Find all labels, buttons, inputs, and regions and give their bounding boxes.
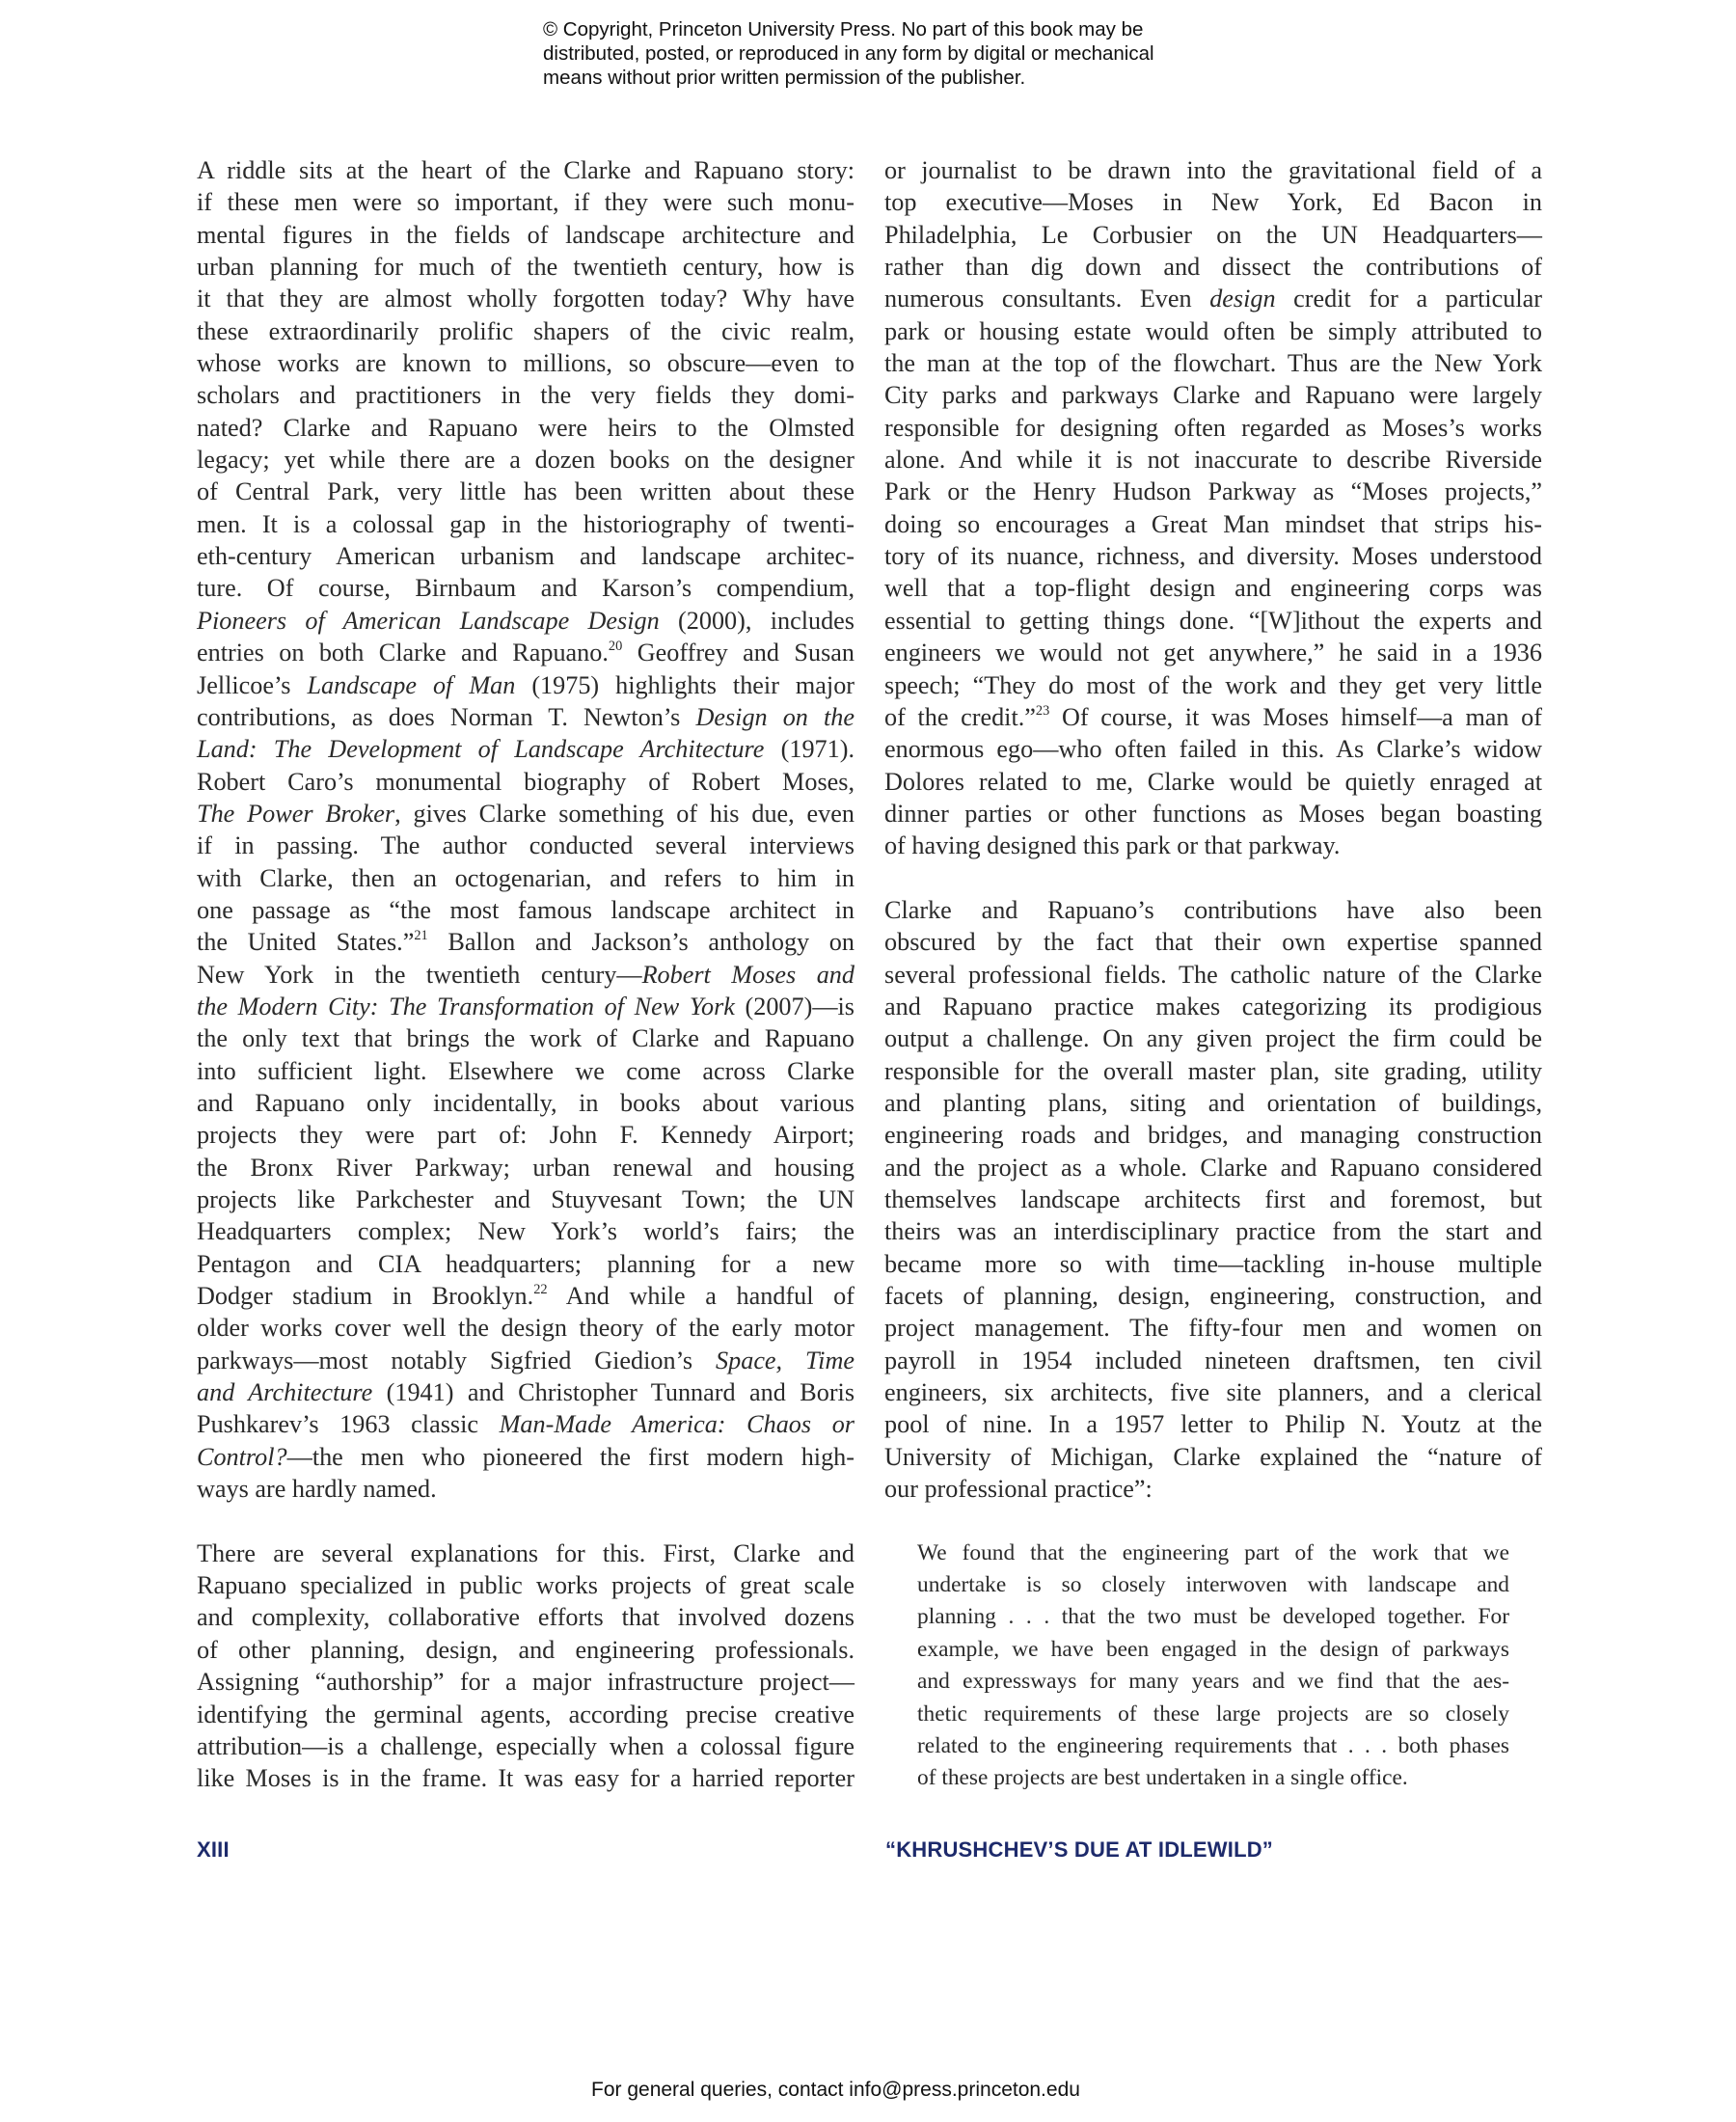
text-line: Dodger stadium in Brooklyn.22 And while … bbox=[197, 1280, 854, 1312]
text-line: and the project as a whole. Clarke and R… bbox=[884, 1152, 1542, 1183]
text-line: Rapuano specialized in public works proj… bbox=[197, 1569, 854, 1601]
text-line: ways are hardly named. bbox=[197, 1473, 854, 1505]
text-line: obscured by the fact that their own expe… bbox=[884, 926, 1542, 958]
italic-title: Land: The Development of Landscape Archi… bbox=[197, 735, 764, 763]
text-line: top executive—Moses in New York, Ed Baco… bbox=[884, 186, 1542, 218]
text-line: undertake is so closely interwoven with … bbox=[917, 1569, 1509, 1601]
text-line: contributions, as does Norman T. Newton’… bbox=[197, 701, 854, 733]
text-line: engineers we would not get anywhere,” he… bbox=[884, 637, 1542, 668]
copyright-line: distributed, posted, or reproduced in an… bbox=[543, 41, 1237, 66]
text-line: of other planning, design, and engineeri… bbox=[197, 1634, 854, 1666]
italic-title: The Power Broker bbox=[197, 800, 394, 828]
footnote-ref: 20 bbox=[609, 639, 622, 654]
text-line: and Architecture (1941) and Christopher … bbox=[197, 1376, 854, 1408]
text-line: several professional fields. The catholi… bbox=[884, 959, 1542, 991]
text-line: Philadelphia, Le Corbusier on the UN Hea… bbox=[884, 219, 1542, 251]
text-line: one passage as “the most famous landscap… bbox=[197, 894, 854, 926]
text-line: nated? Clarke and Rapuano were heirs to … bbox=[197, 412, 854, 444]
text-line: entries on both Clarke and Rapuano.20 Ge… bbox=[197, 637, 854, 668]
text-line: scholars and practitioners in the very f… bbox=[197, 379, 854, 411]
text-line: payroll in 1954 included nineteen drafts… bbox=[884, 1345, 1542, 1376]
text-line: Jellicoe’s Landscape of Man (1975) highl… bbox=[197, 669, 854, 701]
italic-title: design bbox=[1209, 285, 1275, 313]
text-line: pool of nine. In a 1957 letter to Philip… bbox=[884, 1408, 1542, 1440]
copyright-notice: © Copyright, Princeton University Press.… bbox=[543, 17, 1237, 90]
text-line: project management. The fifty-four men a… bbox=[884, 1312, 1542, 1344]
text-line: well that a top-flight design and engine… bbox=[884, 572, 1542, 604]
text-line: numerous consultants. Even design credit… bbox=[884, 283, 1542, 314]
text-line: University of Michigan, Clarke explained… bbox=[884, 1441, 1542, 1473]
text-line: and Rapuano practice makes categorizing … bbox=[884, 991, 1542, 1022]
text-line: eth-century American urbanism and landsc… bbox=[197, 540, 854, 572]
text-line: We found that the engineering part of th… bbox=[917, 1537, 1509, 1569]
text-line: themselves landscape architects first an… bbox=[884, 1183, 1542, 1215]
text-line: Pioneers of American Landscape Design (2… bbox=[197, 605, 854, 637]
italic-title: Space, Time bbox=[716, 1347, 854, 1374]
text-line: identifying the germinal agents, accordi… bbox=[197, 1699, 854, 1730]
body-paragraph: There are several explanations for this.… bbox=[197, 1537, 854, 1795]
text-line: of having designed this park or that par… bbox=[884, 830, 1542, 861]
text-line: engineers, six architects, five site pla… bbox=[884, 1376, 1542, 1408]
copyright-line: means without prior written permission o… bbox=[543, 66, 1237, 90]
text-line: parkways—most notably Sigfried Giedion’s… bbox=[197, 1345, 854, 1376]
text-line: the Bronx River Parkway; urban renewal a… bbox=[197, 1152, 854, 1183]
text-line: Pushkarev’s 1963 classic Man-Made Americ… bbox=[197, 1408, 854, 1440]
text-line: theirs was an interdisciplinary practice… bbox=[884, 1215, 1542, 1247]
italic-title: Robert Moses and bbox=[642, 961, 854, 989]
text-line: related to the engineering requirements … bbox=[917, 1730, 1509, 1762]
text-line: Clarke and Rapuano’s contributions have … bbox=[884, 894, 1542, 926]
text-line: Control?—the men who pioneered the first… bbox=[197, 1441, 854, 1473]
footnote-ref: 22 bbox=[533, 1282, 547, 1297]
text-line: output a challenge. On any given project… bbox=[884, 1022, 1542, 1054]
italic-title: Landscape of Man bbox=[307, 671, 515, 699]
text-line: projects they were part of: John F. Kenn… bbox=[197, 1119, 854, 1151]
text-line: these extraordinarily prolific shapers o… bbox=[197, 315, 854, 347]
text-line: it that they are almost wholly forgotten… bbox=[197, 283, 854, 314]
text-line: New York in the twentieth century—Robert… bbox=[197, 959, 854, 991]
footnote-ref: 23 bbox=[1036, 703, 1049, 719]
text-line: and Rapuano only incidentally, in books … bbox=[197, 1087, 854, 1119]
text-line: responsible for designing often regarded… bbox=[884, 412, 1542, 444]
text-line: doing so encourages a Great Man mindset … bbox=[884, 508, 1542, 540]
text-line: urban planning for much of the twentieth… bbox=[197, 251, 854, 283]
text-line: A riddle sits at the heart of the Clarke… bbox=[197, 154, 854, 186]
text-line: speech; “They do most of the work and th… bbox=[884, 669, 1542, 701]
text-line: the only text that brings the work of Cl… bbox=[197, 1022, 854, 1054]
text-line: rather than dig down and dissect the con… bbox=[884, 251, 1542, 283]
text-line: responsible for the overall master plan,… bbox=[884, 1055, 1542, 1087]
text-line: tory of its nuance, richness, and divers… bbox=[884, 540, 1542, 572]
contact-notice: For general queries, contact info@press.… bbox=[591, 2079, 1170, 2102]
text-line: and expressways for many years and we fi… bbox=[917, 1666, 1509, 1698]
text-line: legacy; yet while there are a dozen book… bbox=[197, 444, 854, 476]
running-head: “KHRUSHCHEV’S DUE AT IDLEWILD” bbox=[885, 1837, 1273, 1863]
text-line: attribution—is a challenge, especially w… bbox=[197, 1730, 854, 1762]
text-line: thetic requirements of these large proje… bbox=[917, 1699, 1509, 1730]
text-line: if these men were so important, if they … bbox=[197, 186, 854, 218]
italic-title: Design on the bbox=[695, 703, 854, 731]
text-line: example, we have been engaged in the des… bbox=[917, 1634, 1509, 1666]
text-line: of the credit.”23 Of course, it was Mose… bbox=[884, 701, 1542, 733]
text-line: of these projects are best undertaken in… bbox=[917, 1762, 1509, 1794]
left-column: A riddle sits at the heart of the Clarke… bbox=[197, 154, 854, 1795]
text-line: engineering roads and bridges, and manag… bbox=[884, 1119, 1542, 1151]
text-line: facets of planning, design, engineering,… bbox=[884, 1280, 1542, 1312]
italic-title: and Architecture bbox=[197, 1378, 372, 1406]
text-line: There are several explanations for this.… bbox=[197, 1537, 854, 1569]
text-line: the United States.”21 Ballon and Jackson… bbox=[197, 926, 854, 958]
body-paragraph: or journalist to be drawn into the gravi… bbox=[884, 154, 1542, 862]
text-line: the man at the top of the flowchart. Thu… bbox=[884, 347, 1542, 379]
text-line: enormous ego—who often failed in this. A… bbox=[884, 733, 1542, 765]
text-line: City parks and parkways Clarke and Rapua… bbox=[884, 379, 1542, 411]
text-line: Assigning “authorship” for a major infra… bbox=[197, 1666, 854, 1698]
text-line: ture. Of course, Birnbaum and Karson’s c… bbox=[197, 572, 854, 604]
text-line: Dolores related to me, Clarke would be q… bbox=[884, 766, 1542, 798]
text-line: Headquarters complex; New York’s world’s… bbox=[197, 1215, 854, 1247]
italic-title: Man-Made America: Chaos or bbox=[500, 1410, 854, 1438]
text-line: men. It is a colossal gap in the histori… bbox=[197, 508, 854, 540]
italic-title: the Modern City: The Transformation of N… bbox=[197, 993, 735, 1020]
text-line: like Moses is in the frame. It was easy … bbox=[197, 1762, 854, 1794]
body-paragraph: Clarke and Rapuano’s contributions have … bbox=[884, 894, 1542, 1506]
italic-title: Control? bbox=[197, 1443, 287, 1471]
copyright-line: © Copyright, Princeton University Press.… bbox=[543, 17, 1237, 41]
text-line: Park or the Henry Hudson Parkway as “Mos… bbox=[884, 476, 1542, 507]
body-paragraph: A riddle sits at the heart of the Clarke… bbox=[197, 154, 854, 1505]
text-line: park or housing estate would often be si… bbox=[884, 315, 1542, 347]
text-line: into sufficient light. Elsewhere we come… bbox=[197, 1055, 854, 1087]
text-line: mental figures in the fields of landscap… bbox=[197, 219, 854, 251]
text-line: planning . . . that the two must be deve… bbox=[917, 1601, 1509, 1633]
text-line: The Power Broker, gives Clarke something… bbox=[197, 798, 854, 830]
text-line: projects like Parkchester and Stuyvesant… bbox=[197, 1183, 854, 1215]
italic-title: Pioneers of American Landscape Design bbox=[197, 607, 660, 635]
text-line: if in passing. The author conducted seve… bbox=[197, 830, 854, 861]
text-line: essential to getting things done. “[W]it… bbox=[884, 605, 1542, 637]
text-line: Pentagon and CIA headquarters; planning … bbox=[197, 1248, 854, 1280]
text-line: alone. And while it is not inaccurate to… bbox=[884, 444, 1542, 476]
text-line: whose works are known to millions, so ob… bbox=[197, 347, 854, 379]
text-line: Land: The Development of Landscape Archi… bbox=[197, 733, 854, 765]
page-number: XIII bbox=[197, 1837, 230, 1863]
text-line: and planting plans, siting and orientati… bbox=[884, 1087, 1542, 1119]
right-column: or journalist to be drawn into the gravi… bbox=[884, 154, 1542, 1795]
text-line: older works cover well the design theory… bbox=[197, 1312, 854, 1344]
text-line: our professional practice”: bbox=[884, 1473, 1542, 1505]
footnote-ref: 21 bbox=[414, 928, 427, 943]
text-line: of Central Park, very little has been wr… bbox=[197, 476, 854, 507]
text-line: and complexity, collaborative efforts th… bbox=[197, 1601, 854, 1633]
text-line: Robert Caro’s monumental biography of Ro… bbox=[197, 766, 854, 798]
text-line: dinner parties or other functions as Mos… bbox=[884, 798, 1542, 830]
text-line: became more so with time—tackling in-hou… bbox=[884, 1248, 1542, 1280]
block-quote: We found that the engineering part of th… bbox=[917, 1537, 1509, 1795]
text-line: with Clarke, then an octogenarian, and r… bbox=[197, 862, 854, 894]
text-line: or journalist to be drawn into the gravi… bbox=[884, 154, 1542, 186]
text-line: the Modern City: The Transformation of N… bbox=[197, 991, 854, 1022]
